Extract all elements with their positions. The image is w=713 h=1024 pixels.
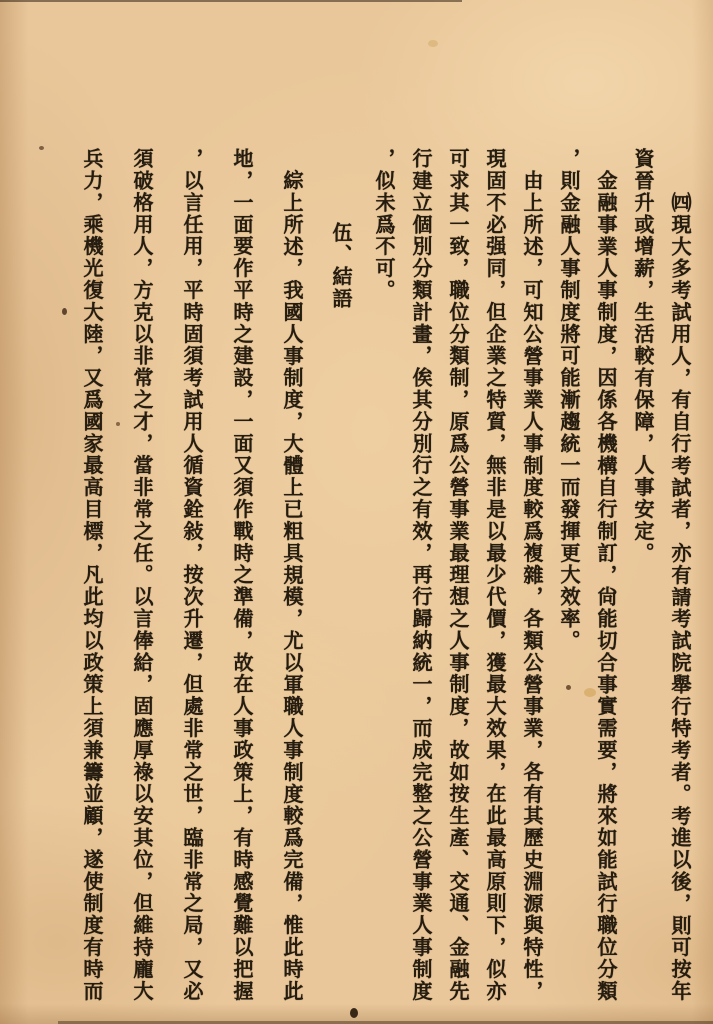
text-column-item-4: ㈣現大多考試用人，有自行考試者，亦有請考試院舉行特考者。考進以後，則可按年 — [660, 148, 697, 1008]
text-body: ㈣現大多考試用人，有自行考試者，亦有請考試院舉行特考者。考進以後，則可按年 資晉… — [66, 148, 697, 1008]
scanned-page: ㈣現大多考試用人，有自行考試者，亦有請考試院舉行特考者。考進以後，則可按年 資晉… — [0, 0, 713, 1024]
text-column: 可求其一致，職位分類制，原爲公營事業最理想之人事制度，故如按生產、交通、金融先 — [438, 148, 475, 1008]
text-column: 資晉升或增薪，生活較有保障，人事安定。 — [623, 148, 660, 1008]
paper-speck — [39, 146, 44, 150]
text-column: 行建立個別分類計畫，俟其分別行之有效，再行歸納統一，而成完整之公營事業人事制度 — [401, 148, 438, 1008]
text-column: ，似未爲不可。 — [364, 148, 401, 1008]
paper-stain — [428, 40, 438, 47]
text-column: 須破格用人，方克以非常之才，當非常之任。以言俸給，固應厚祿以安其位，但維持龐大 — [116, 148, 166, 1008]
paper-speck — [350, 1008, 358, 1018]
text-column: ，則金融人事制度將可能漸趨統一而發揮更大效率。 — [549, 148, 586, 1008]
section-heading: 伍、結語 — [321, 148, 359, 1008]
text-column: 綜上所述，我國人事制度，大體上已粗具規模，尤以軍職人事制度較爲完備，惟此時此 — [266, 148, 316, 1008]
text-column: 現固不必强同，但企業之特質，無非是以最少代價，獲最大效果，在此最高原則下，似亦 — [475, 148, 512, 1008]
text-column: ，以言任用，平時固須考試用人循資銓敍，按次升遷，但處非常之世，臨非常之局，又必 — [166, 148, 216, 1008]
page-top-edge-shadow — [0, 0, 462, 2]
text-column: 金融事業人事制度，因係各機構自行制訂，尙能切合事實需要，將來如能試行職位分類 — [586, 148, 623, 1008]
text-column: 由上所述，可知公營事業人事制度較爲複雜，各類公營事業，各有其歷史淵源與特性， — [512, 148, 549, 1008]
text-column: 地，一面要作平時之建設，一面又須作戰時之準備，故在人事政策上，有時感覺難以把握 — [216, 148, 266, 1008]
text-column: 兵力，乘機光復大陸，又爲國家最高目標，凡此均以政策上須兼籌並顧，遂使制度有時而 — [66, 148, 116, 1008]
